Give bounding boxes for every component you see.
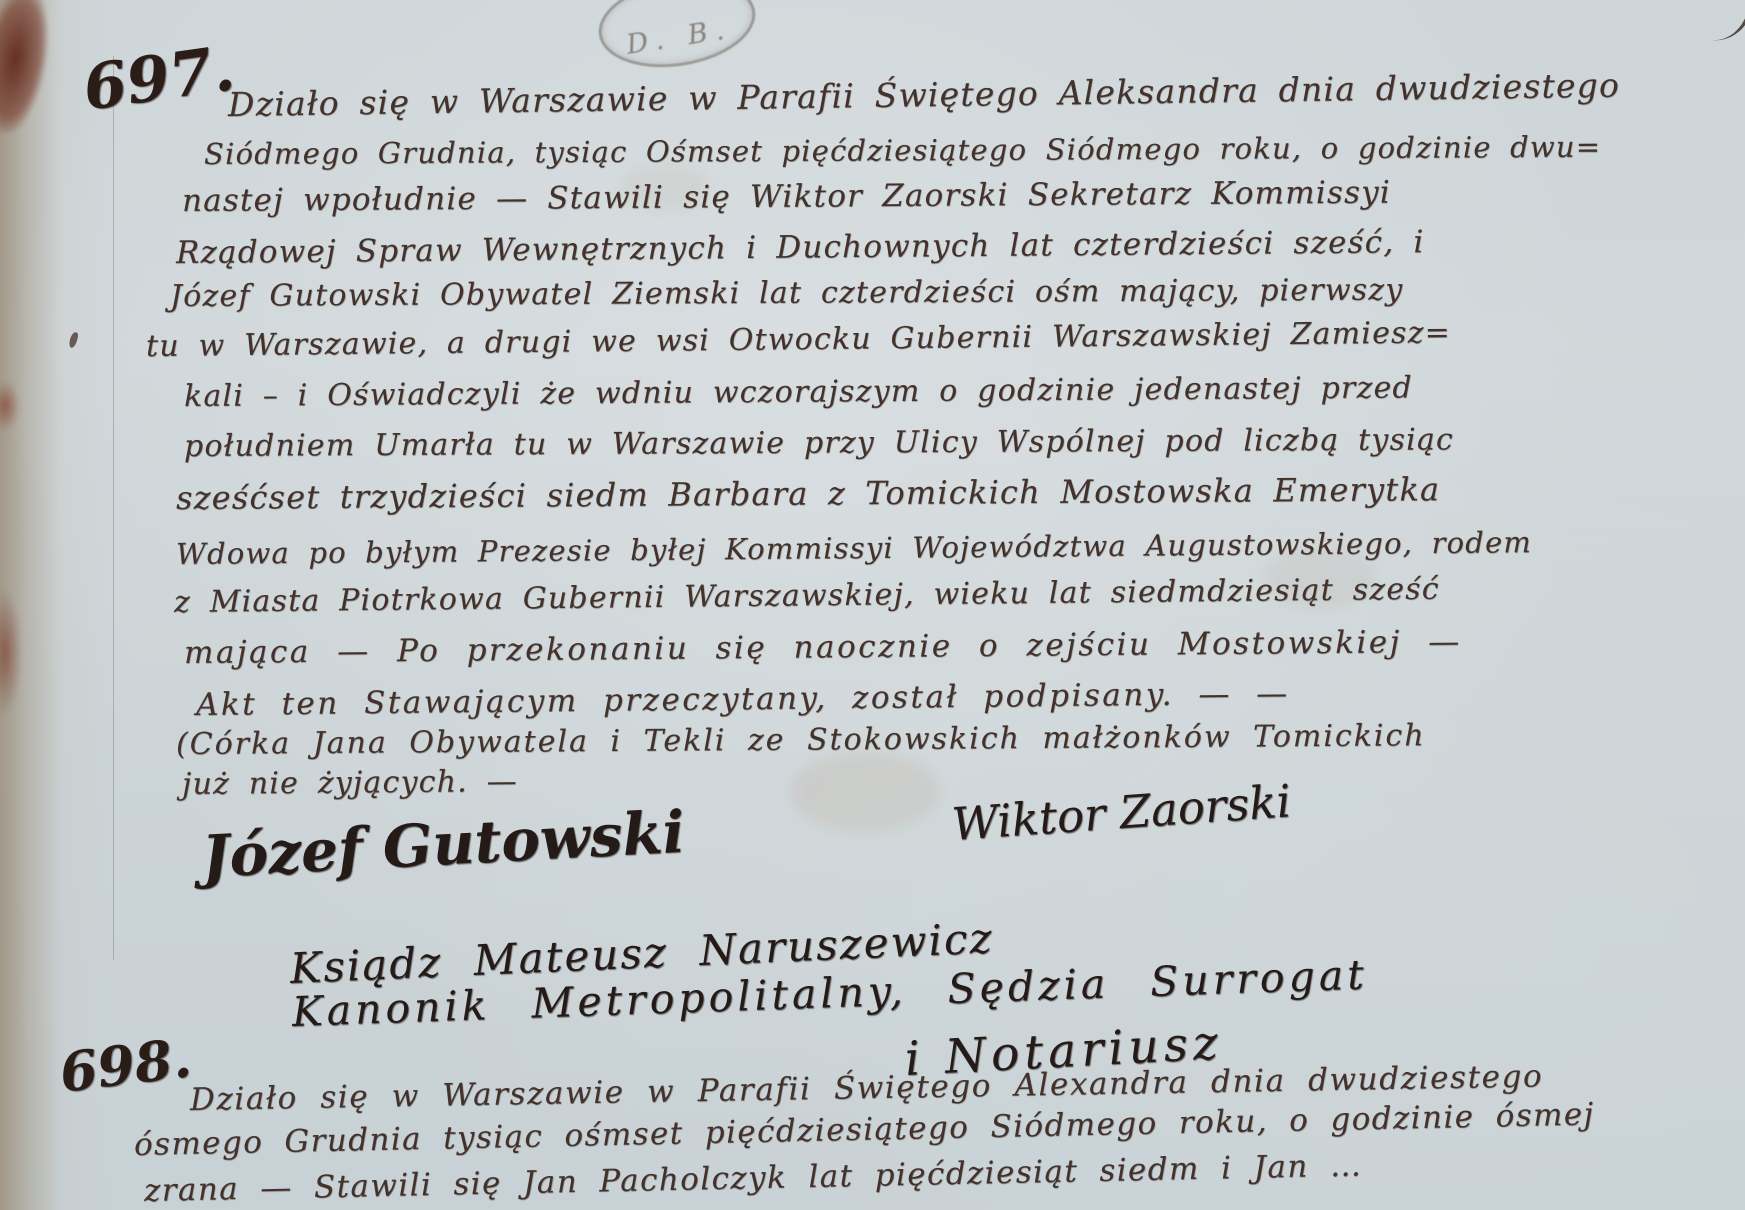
oval-stamp: D. B. xyxy=(592,0,762,78)
foxing-spot xyxy=(790,752,940,832)
signature-jozef-gutowski: Józef Gutowski xyxy=(200,803,685,886)
record-697-line-15: już nie żyjących. — xyxy=(182,767,518,800)
record-697-line-6: tu w Warszawie, a drugi we wsi Otwocku G… xyxy=(146,318,1451,362)
signature-wiktor-zaorski: Wiktor Zaorski xyxy=(950,778,1292,847)
record-697-line-14: (Córka Jana Obywatela i Tekli ze Stokows… xyxy=(176,721,1426,760)
stamp-text: D. B. xyxy=(624,14,735,71)
corner-pen-stroke xyxy=(1695,0,1745,46)
record-697-line-13: Akt ten Stawającym przeczytany, został p… xyxy=(196,679,1290,721)
register-page: D. B. 697. Działo się w Warszawie w Para… xyxy=(0,0,1745,1210)
margin-rule-line xyxy=(113,56,114,960)
ink-dot xyxy=(68,331,79,348)
record-698-number: 698. xyxy=(57,1030,194,1100)
record-697-line-7: kali – i Oświadczyli że wdniu wczorajszy… xyxy=(184,373,1413,412)
record-697-line-2: Siódmego Grudnia, tysiąc Ośmset pięćdzie… xyxy=(204,133,1601,169)
record-697-number: 697. xyxy=(80,37,238,119)
record-697-line-8: południem Umarła tu w Warszawie przy Uli… xyxy=(184,425,1454,462)
record-697-line-5: Józef Gutowski Obywatel Ziemski lat czte… xyxy=(170,276,1404,312)
record-697-line-3: nastej wpołudnie — Stawili się Wiktor Za… xyxy=(182,178,1391,217)
record-697-line-4: Rządowej Spraw Wewnętrznych i Duchownych… xyxy=(176,227,1425,269)
record-697-line-12: mająca — Po przekonaniu się naocznie o z… xyxy=(184,627,1462,669)
record-697-line-11: z Miasta Piotrkowa Gubernii Warszawskiej… xyxy=(174,575,1440,618)
record-697-line-1: Działo się w Warszawie w Parafii Święteg… xyxy=(228,69,1620,121)
record-697-line-9: sześćset trzydzieści siedm Barbara z Tom… xyxy=(176,473,1440,514)
